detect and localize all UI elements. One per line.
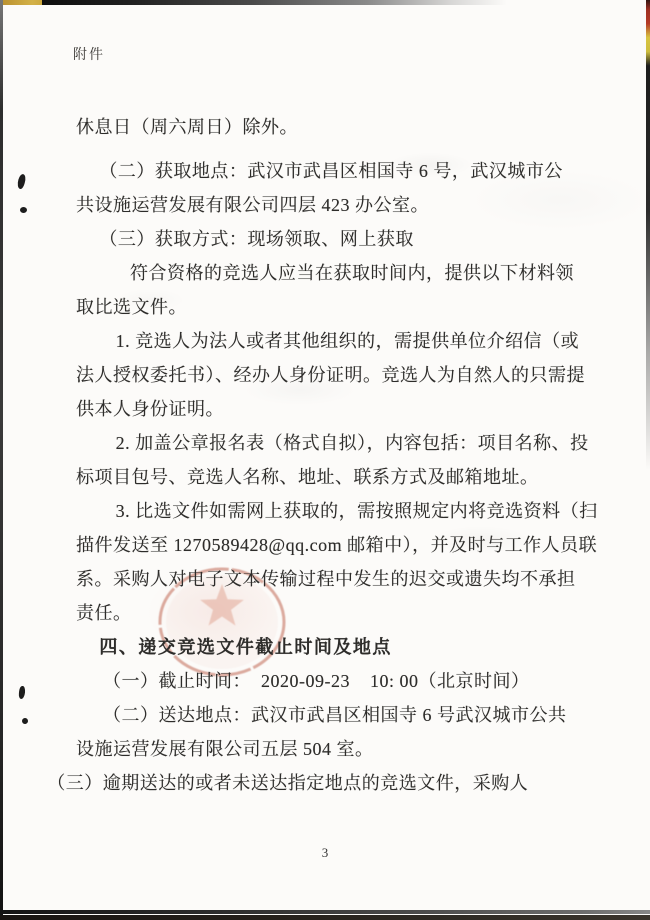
document-line: 责任。 xyxy=(76,596,590,630)
scan-edge-left-line xyxy=(0,0,3,920)
ink-blob xyxy=(21,717,29,725)
scan-edge-top-shadow xyxy=(42,0,507,5)
scan-edge-bottom-line xyxy=(0,910,650,914)
document-line: （三）逾期送达的或者未送达指定地点的竞选文件，采购人 xyxy=(76,766,590,800)
document-line: 供本人身份证明。 xyxy=(76,392,590,426)
document-line: 休息日（周六周日）除外。 xyxy=(76,110,590,144)
document-line: 描件发送至 1270589428@qq.com 邮箱中），并及时与工作人员联 xyxy=(76,528,590,562)
attachment-label: 附件 xyxy=(73,44,105,64)
document-line: 1. 竞选人为法人或者其他组织的，需提供单位介绍信（或 xyxy=(76,324,590,358)
document-line: 四、递交竞选文件截止时间及地点 xyxy=(76,630,590,664)
document-line: 共设施运营发展有限公司四层 423 办公室。 xyxy=(76,188,590,222)
document-line: 法人授权委托书）、经办人身份证明。竞选人为自然人的只需提 xyxy=(76,358,590,392)
scan-edge-top-tape xyxy=(0,0,46,5)
document-line: 标项目包号、竞选人名称、地址、联系方式及邮箱地址。 xyxy=(76,460,590,494)
document-line: （一）截止时间： 2020-09-23 10: 00（北京时间） xyxy=(76,664,590,698)
scanned-document-page: 附件 休息日（周六周日）除外。（二）获取地点：武汉市武昌区相国寺 6 号，武汉城… xyxy=(0,0,650,920)
ink-blob xyxy=(20,207,27,213)
document-line: 设施运营发展有限公司五层 504 室。 xyxy=(76,732,590,766)
scan-edge-bottom-bar xyxy=(0,915,650,920)
page-number: 3 xyxy=(0,845,650,861)
document-line: （三）获取方式：现场领取、网上获取 xyxy=(76,222,590,256)
document-line: 2. 加盖公章报名表（格式自拟），内容包括：项目名称、投 xyxy=(76,426,590,460)
scan-edge-right-line xyxy=(646,0,650,470)
document-line: 系。采购人对电子文本传输过程中发生的迟交或遗失均不承担 xyxy=(76,562,590,596)
document-line: 取比选文件。 xyxy=(76,290,590,324)
document-body: 休息日（周六周日）除外。（二）获取地点：武汉市武昌区相国寺 6 号，武汉城市公共… xyxy=(76,110,590,800)
document-line: （二）送达地点：武汉市武昌区相国寺 6 号武汉城市公共 xyxy=(76,698,590,732)
document-line: 3. 比选文件如需网上获取的，需按照规定内将竞选资料（扫 xyxy=(76,494,590,528)
document-line: （二）获取地点：武汉市武昌区相国寺 6 号，武汉城市公 xyxy=(76,154,590,188)
document-line: 符合资格的竞选人应当在获取时间内，提供以下材料领 xyxy=(76,256,590,290)
ink-blob xyxy=(16,173,27,189)
ink-blob xyxy=(18,686,25,700)
